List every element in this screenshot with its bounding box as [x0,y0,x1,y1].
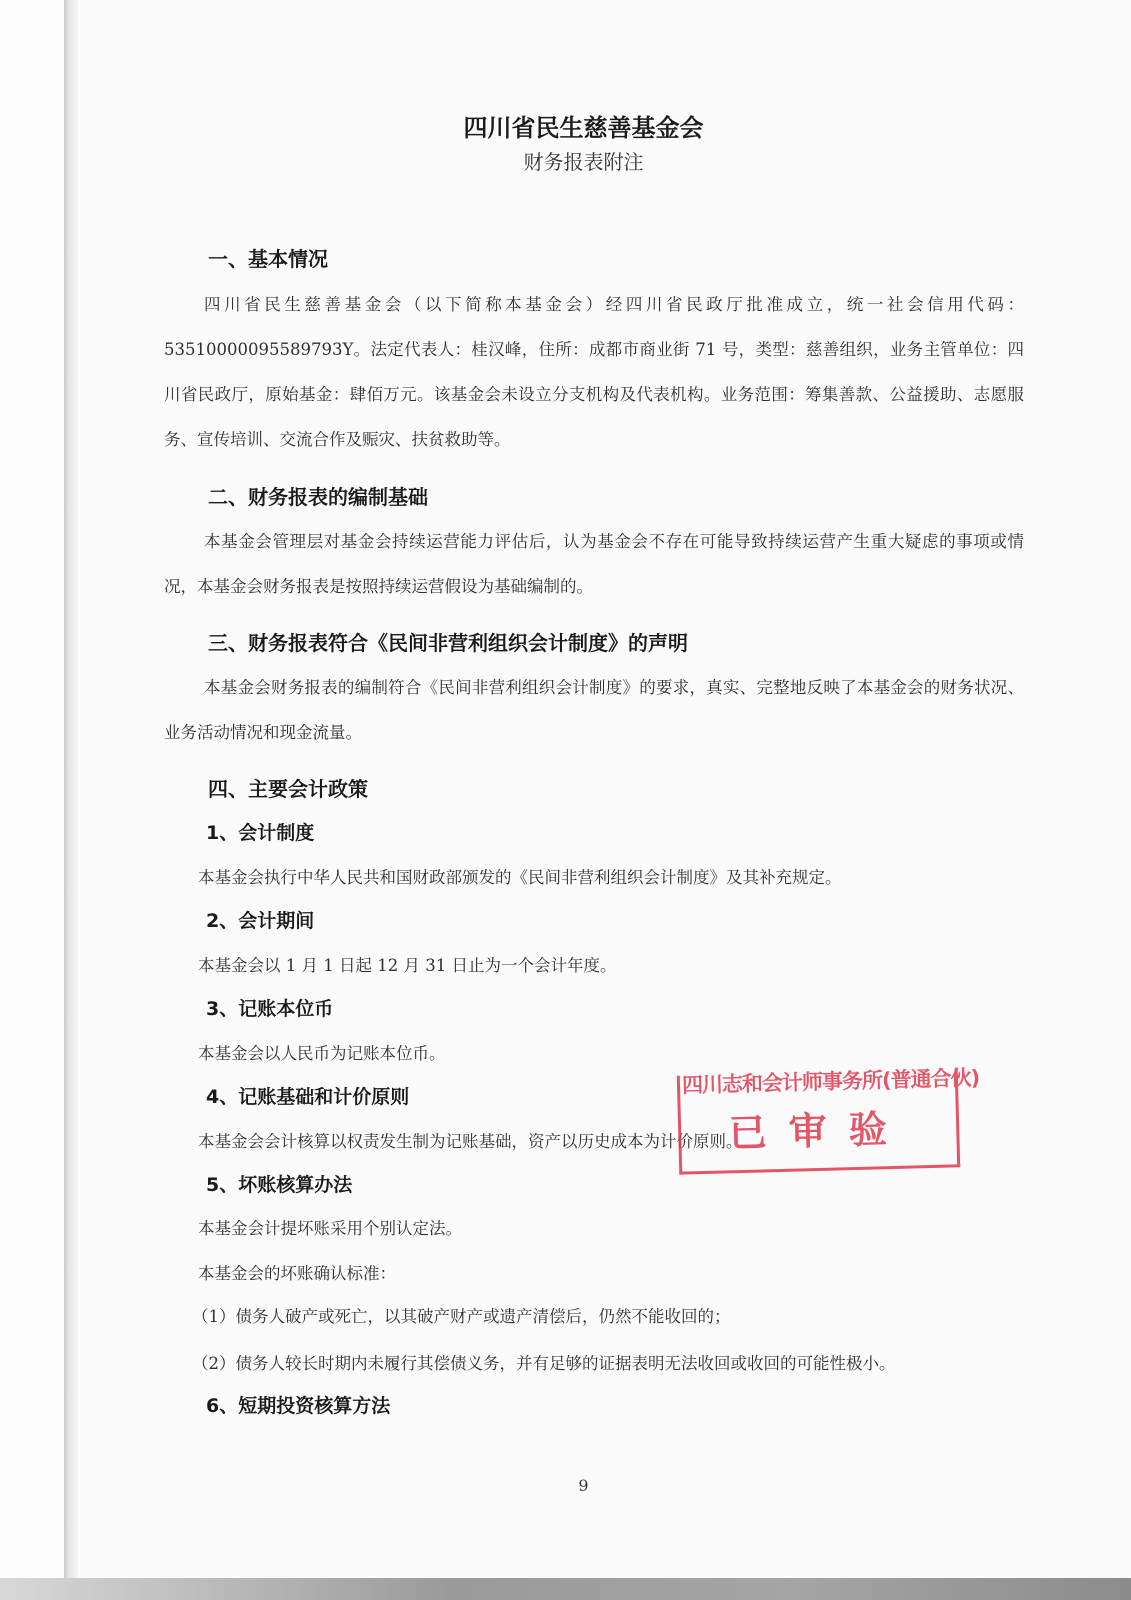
bad-debt-criterion-2: （2）债务人较长时期内未履行其偿债义务，并有足够的证据表明无法收回或收回的可能性… [192,1350,896,1374]
bad-debt-criteria-intro: 本基金会的坏账确认标准： [198,1260,396,1284]
bad-debt-criterion-1: （1）债务人破产或死亡，以其破产财产或遗产清偿后，仍然不能收回的； [192,1303,731,1327]
scan-bottom-edge [0,1578,1131,1600]
audit-stamp: 四川志和会计师事务所(普通合伙) 已审验 [677,1068,960,1174]
binding-shadow [64,0,78,1578]
stamp-organization: 四川志和会计师事务所(普通合伙) [682,1062,954,1099]
section-heading-preparation-basis: 二、财务报表的编制基础 [208,481,428,510]
section-heading-accounting-policies: 四、主要会计政策 [208,773,368,802]
policy-text-currency: 本基金会以人民币为记账本位币。 [198,1040,446,1064]
section-paragraph-compliance-statement: 本基金会财务报表的编制符合《民间非营利组织会计制度》的要求，真实、完整地反映了本… [164,665,1024,755]
policy-heading-accounting-basis: 4、记账基础和计价原则 [206,1082,409,1109]
policy-heading-bad-debt: 5、坏账核算办法 [206,1170,352,1197]
stamp-status: 已审验 [680,1096,956,1158]
page-number: 9 [0,1476,1131,1495]
section-paragraph-basic-info: 四川省民生慈善基金会（以下简称本基金会）经四川省民政厅批准成立，统一社会信用代码… [164,282,1024,462]
policy-text-accounting-system: 本基金会执行中华人民共和国财政部颁发的《民间非营利组织会计制度》及其补充规定。 [198,864,842,888]
policy-heading-short-term-investment: 6、短期投资核算方法 [206,1391,390,1418]
policy-text-accounting-basis: 本基金会会计核算以权责发生制为记账基础，资产以历史成本为计价原则。 [198,1128,743,1152]
page-left-margin [0,0,66,1578]
policy-heading-accounting-period: 2、会计期间 [206,906,314,933]
section-heading-basic-info: 一、基本情况 [208,243,328,272]
policy-heading-accounting-system: 1、会计制度 [206,818,314,845]
section-heading-compliance-statement: 三、财务报表符合《民间非营利组织会计制度》的声明 [208,627,688,656]
section-paragraph-preparation-basis: 本基金会管理层对基金会持续运营能力评估后，认为基金会不存在可能导致持续运营产生重… [164,519,1024,609]
document-subtitle: 财务报表附注 [0,146,1131,175]
document-title: 四川省民生慈善基金会 [0,108,1131,143]
policy-text-bad-debt: 本基金会计提坏账采用个别认定法。 [198,1215,462,1239]
policy-heading-currency: 3、记账本位币 [206,994,333,1021]
policy-text-accounting-period: 本基金会以 1 月 1 日起 12 月 31 日止为一个会计年度。 [198,952,616,976]
